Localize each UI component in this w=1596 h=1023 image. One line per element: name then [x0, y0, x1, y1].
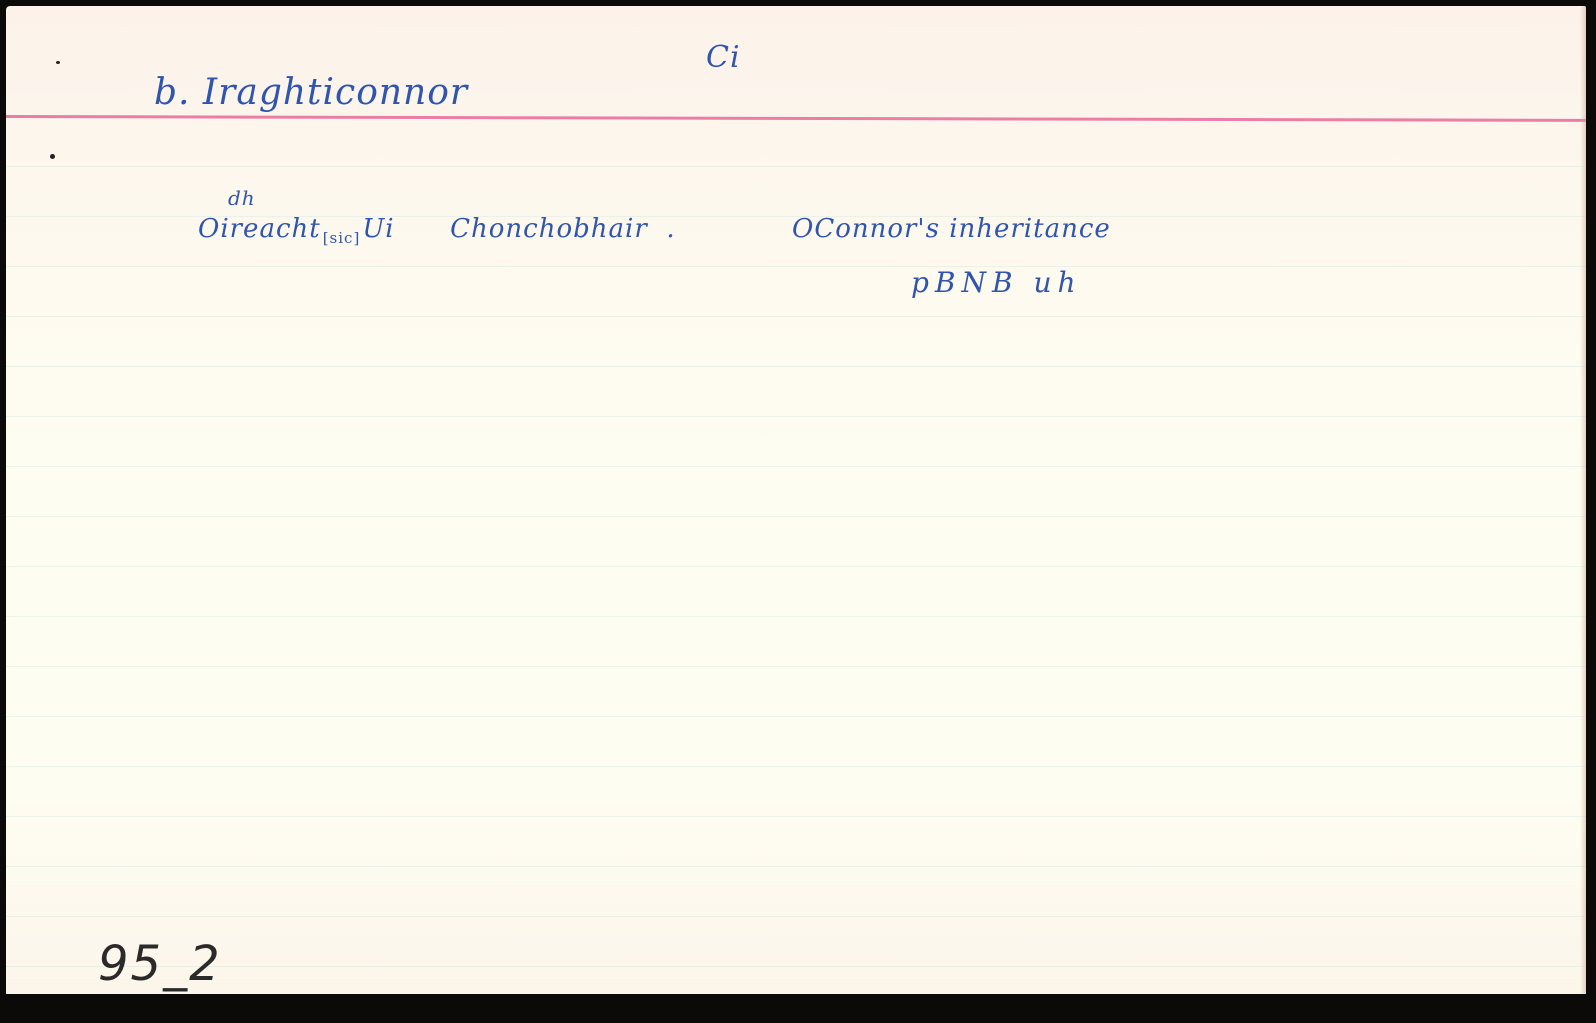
ruled-line [6, 916, 1586, 917]
source-reference: pBNB uh [911, 266, 1082, 299]
ruled-line [6, 416, 1586, 417]
ruled-line [6, 566, 1586, 567]
card-edge-shadow [1580, 6, 1586, 994]
header-rule [6, 115, 1586, 122]
ruled-line [6, 766, 1586, 767]
ruled-line [6, 266, 1586, 267]
irish-name-part3: Chonchobhair [450, 214, 648, 244]
irish-name-part1: Oireacht [198, 214, 321, 244]
ruled-line [6, 816, 1586, 817]
sic-note: [sic] [323, 229, 361, 247]
irish-name-part2: Ui [362, 214, 394, 244]
ink-speck [56, 61, 60, 64]
ruled-line [6, 366, 1586, 367]
index-card: Ci b. Iraghticonnor dh Oireacht[sic]Ui C… [6, 6, 1586, 994]
corner-mark: Ci [706, 40, 741, 75]
ruled-line [6, 466, 1586, 467]
ruled-line [6, 166, 1586, 167]
ruled-line [6, 666, 1586, 667]
card-heading: b. Iraghticonnor [154, 72, 468, 113]
separator: . [666, 214, 675, 244]
ink-speck [50, 154, 55, 159]
superscript-correction: dh [228, 186, 256, 210]
ruled-line [6, 716, 1586, 717]
ruled-line [6, 866, 1586, 867]
english-gloss: OConnor's inheritance [792, 214, 1111, 244]
ruled-line [6, 616, 1586, 617]
ruled-line [6, 316, 1586, 317]
ruled-line [6, 966, 1586, 967]
ruled-line [6, 516, 1586, 517]
card-reference-number: 95_2 [98, 936, 222, 992]
irish-name-entry: dh Oireacht[sic]Ui Chonchobhair . [198, 214, 676, 247]
